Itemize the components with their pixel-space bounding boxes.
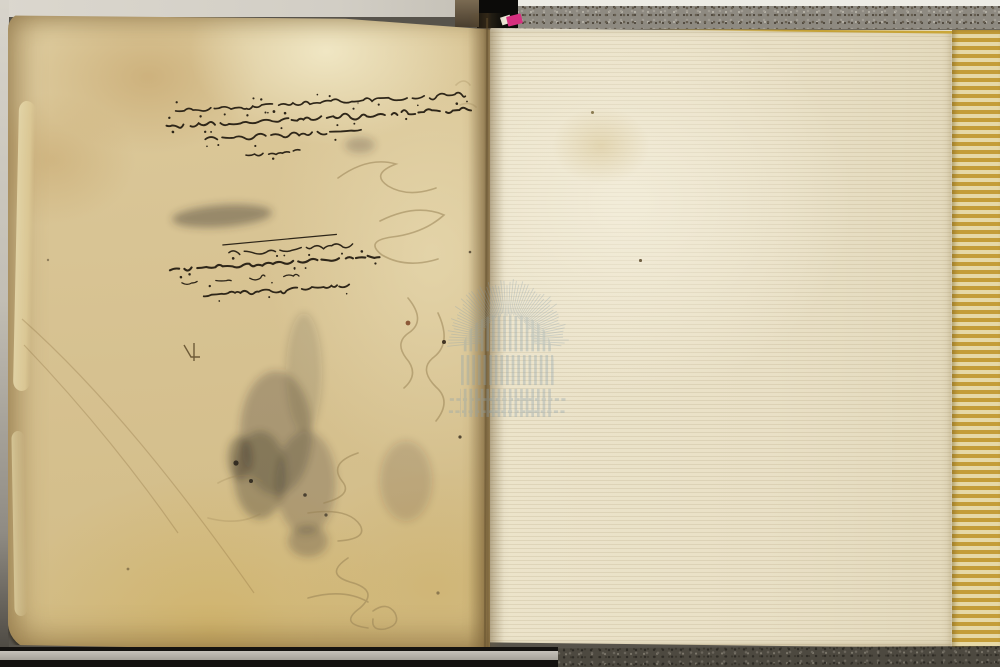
right-endpaper-page xyxy=(490,28,952,648)
scanner-edge-bar xyxy=(0,651,558,660)
scanner-texture-top-band xyxy=(504,6,1000,30)
scanner-bg-left-edge xyxy=(0,0,9,667)
scanner-texture-bottom-band xyxy=(552,646,1000,667)
gutter-top-shadow xyxy=(455,0,479,27)
page-edge-tear-highlight xyxy=(11,431,27,616)
paper-speck xyxy=(591,111,594,114)
left-manuscript-page xyxy=(8,13,490,650)
paper-speck xyxy=(639,259,642,262)
page-edge-tear-highlight xyxy=(13,101,36,391)
cover-striped-lining xyxy=(952,30,1000,650)
book-scan-photo xyxy=(0,0,1000,667)
scanner-bg-top-left xyxy=(0,0,480,17)
